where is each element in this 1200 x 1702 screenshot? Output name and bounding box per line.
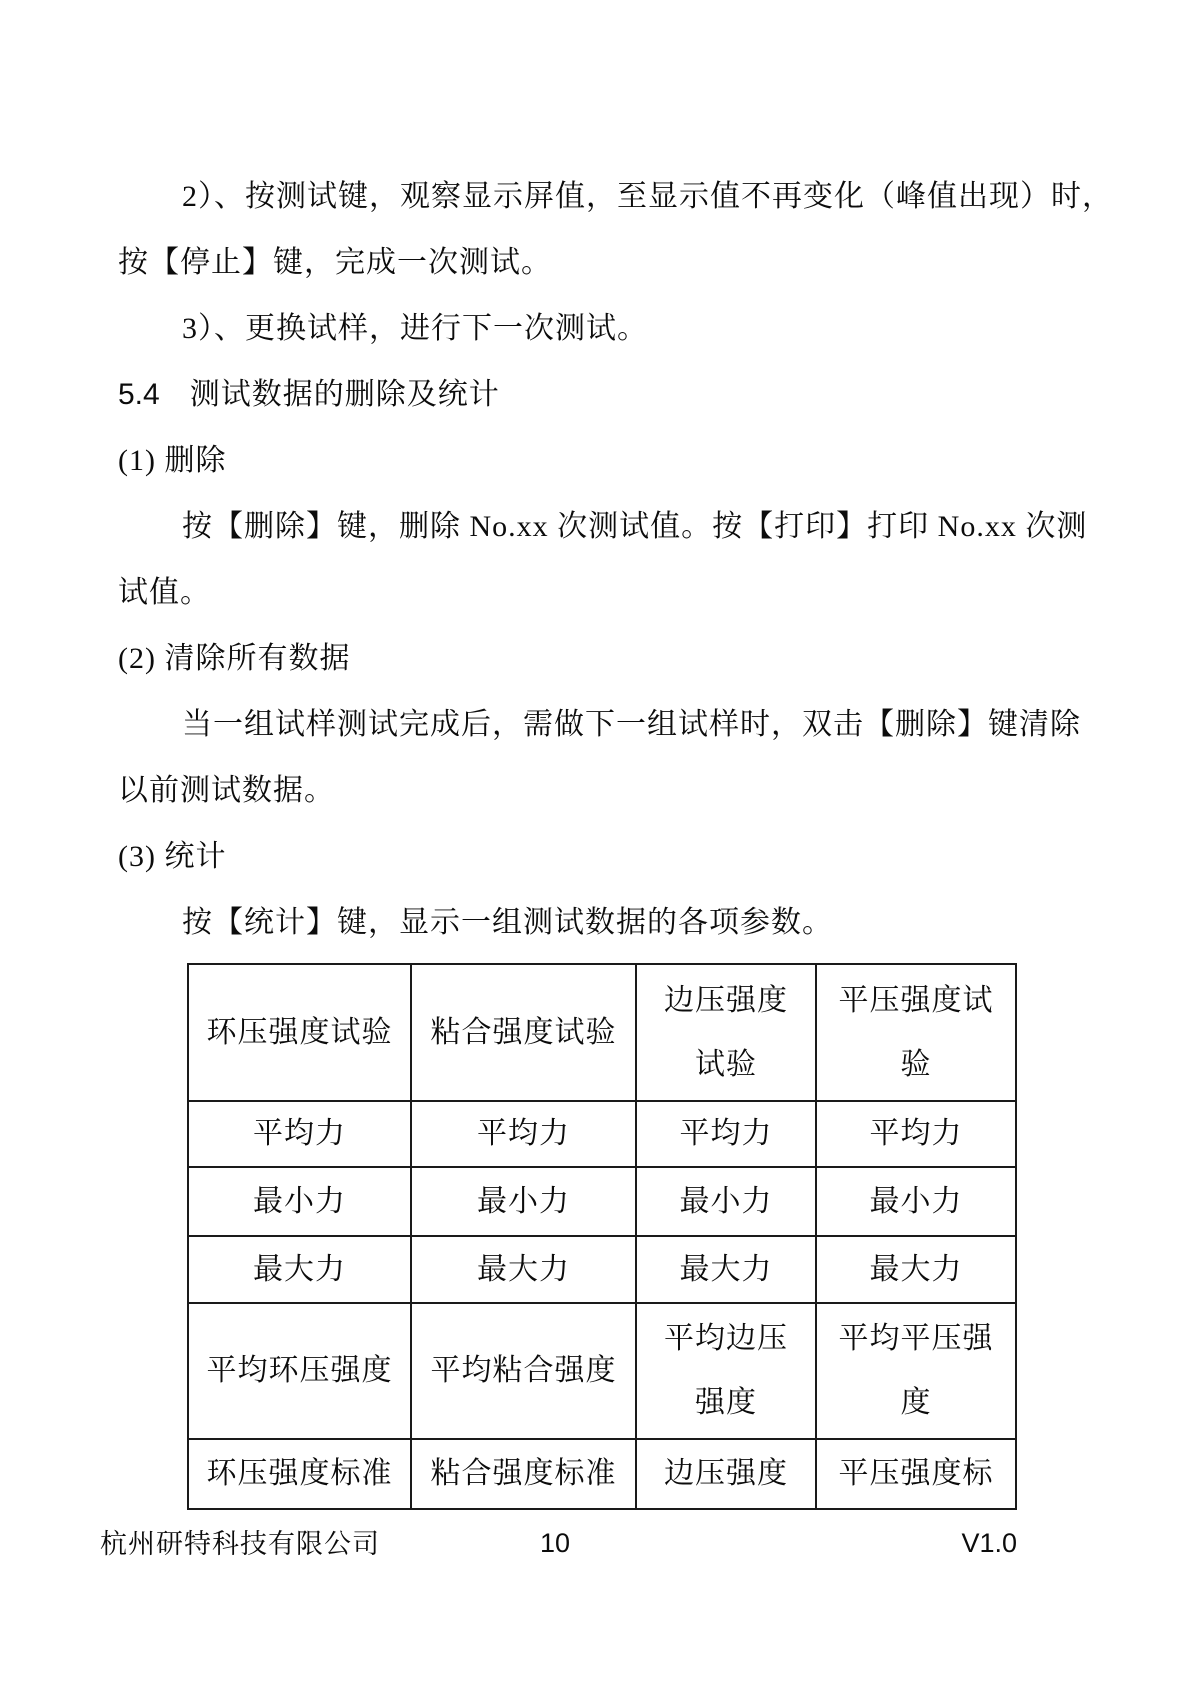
table-cell: 粘合强度标准 — [411, 1439, 636, 1509]
delete-instruction-continuation: 试值。 — [118, 560, 1084, 626]
table-cell: 平压强度标 — [816, 1439, 1016, 1509]
table-cell: 边压强度 — [636, 1439, 816, 1509]
clear-all-instruction-continuation: 以前测试数据。 — [118, 758, 1084, 824]
delete-instruction-line: 按【删除】键，删除 No.xx 次测试值。按【打印】打印 No.xx 次测 — [118, 494, 1084, 560]
table-cell: 平均力 — [816, 1101, 1016, 1167]
table-row-average-force: 平均力 平均力 平均力 平均力 — [188, 1101, 1016, 1167]
table-cell: 最小力 — [188, 1167, 411, 1236]
step-2-continuation: 按【停止】键，完成一次测试。 — [118, 230, 1084, 296]
table-row-max-force: 最大力 最大力 最大力 最大力 — [188, 1236, 1016, 1303]
section-number: 5.4 — [118, 378, 160, 411]
table-cell: 平均环压强度 — [188, 1303, 411, 1439]
table-cell: 环压强度标准 — [188, 1439, 411, 1509]
section-heading: 5.4测试数据的删除及统计 — [118, 362, 1084, 428]
step-2-line: 2）、按测试键，观察显示屏值，至显示值不再变化（峰值出现）时， — [118, 164, 1084, 230]
statistics-parameters-table: 环压强度试验 粘合强度试验 边压强度 试验 平压强度试 验 平均力 平均力 平均… — [187, 963, 1017, 1510]
table-cell: 平均平压强 度 — [816, 1303, 1016, 1439]
body-text: 2）、按测试键，观察显示屏值，至显示值不再变化（峰值出现）时， 按【停止】键，完… — [118, 164, 1084, 956]
section-title: 测试数据的删除及统计 — [190, 378, 500, 411]
table-cell: 平均力 — [188, 1101, 411, 1167]
table-cell: 最小力 — [636, 1167, 816, 1236]
table-cell: 平均力 — [411, 1101, 636, 1167]
table-row-min-force: 最小力 最小力 最小力 最小力 — [188, 1167, 1016, 1236]
table-cell: 最大力 — [816, 1236, 1016, 1303]
table-cell: 平均粘合强度 — [411, 1303, 636, 1439]
footer-company: 杭州研特科技有限公司 — [100, 1528, 380, 1560]
table-cell: 边压强度 试验 — [636, 964, 816, 1101]
manual-page: 2）、按测试键，观察显示屏值，至显示值不再变化（峰值出现）时， 按【停止】键，完… — [0, 0, 1200, 1702]
table-row-average-strength: 平均环压强度 平均粘合强度 平均边压 强度 平均平压强 度 — [188, 1303, 1016, 1439]
table-row-strength-standard: 环压强度标准 粘合强度标准 边压强度 平压强度标 — [188, 1439, 1016, 1509]
item-3-statistics-label: (3) 统计 — [118, 824, 1084, 890]
table-cell: 最小力 — [411, 1167, 636, 1236]
table-cell: 粘合强度试验 — [411, 964, 636, 1101]
table-cell: 环压强度试验 — [188, 964, 411, 1101]
statistics-instruction-line: 按【统计】键，显示一组测试数据的各项参数。 — [118, 890, 1084, 956]
step-3-line: 3）、更换试样，进行下一次测试。 — [118, 296, 1084, 362]
table-cell: 最大力 — [636, 1236, 816, 1303]
footer-version: V1.0 — [961, 1527, 1017, 1559]
table-cell: 平均边压 强度 — [636, 1303, 816, 1439]
clear-all-instruction-line: 当一组试样测试完成后，需做下一组试样时，双击【删除】键清除 — [118, 692, 1084, 758]
table-cell: 最大力 — [188, 1236, 411, 1303]
table-cell: 最大力 — [411, 1236, 636, 1303]
table-cell: 平均力 — [636, 1101, 816, 1167]
footer-page-number: 10 — [540, 1527, 570, 1559]
item-1-delete-label: (1) 删除 — [118, 428, 1084, 494]
table-header-row: 环压强度试验 粘合强度试验 边压强度 试验 平压强度试 验 — [188, 964, 1016, 1101]
table-cell: 最小力 — [816, 1167, 1016, 1236]
item-2-clear-all-label: (2) 清除所有数据 — [118, 626, 1084, 692]
table-cell: 平压强度试 验 — [816, 964, 1016, 1101]
